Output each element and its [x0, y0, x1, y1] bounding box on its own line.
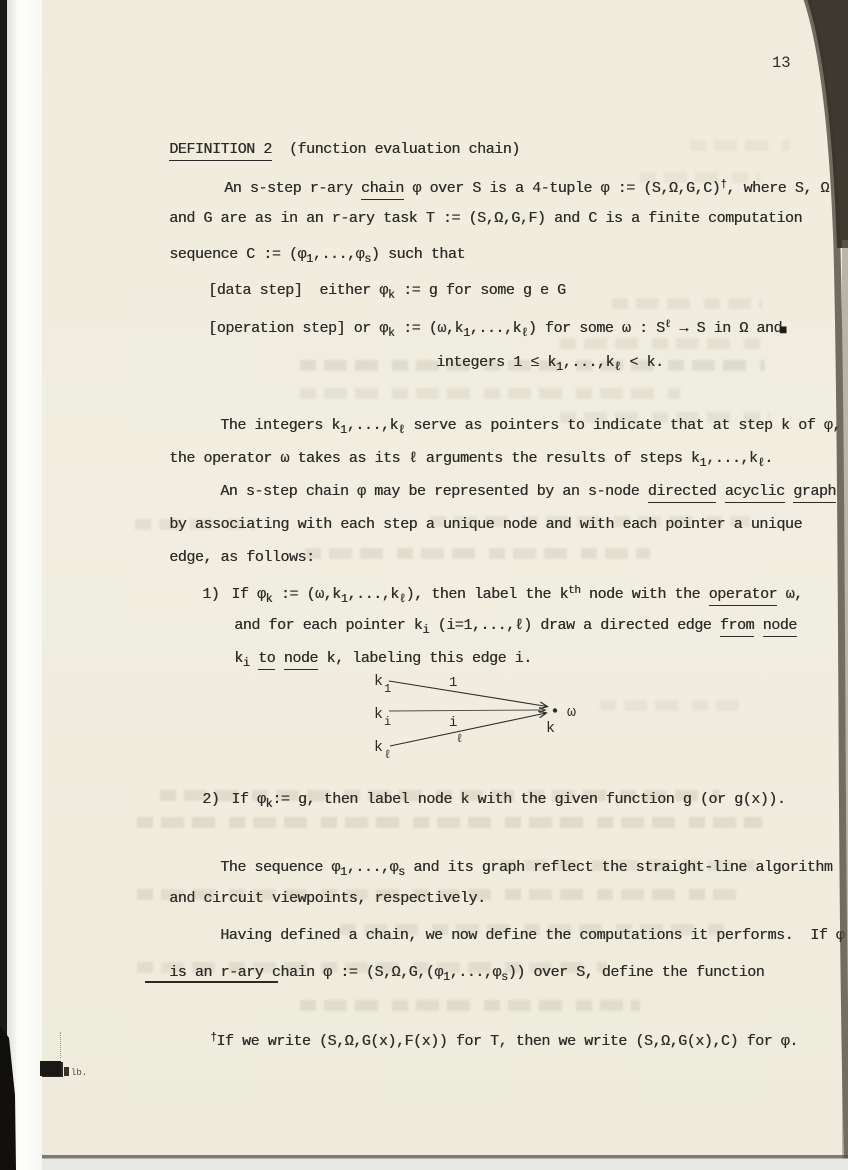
ink-blot: [40, 1061, 61, 1076]
footnote: †If we write (S,Ω,G(x),F(x)) for T, then…: [176, 1008, 798, 1072]
text-segment: to: [258, 650, 275, 670]
footnote-text: If we write (S,Ω,G(x),F(x)) for T, then …: [216, 1033, 798, 1050]
text-segment: is an r-ary chain φ := (S,Ω,G,(φ: [169, 964, 443, 981]
text-segment: integers 1 ≤ k: [436, 354, 556, 371]
edge-label-1: 1: [449, 675, 457, 691]
subscript: s: [501, 970, 508, 984]
edge-label-i: i: [449, 715, 457, 731]
node-sub-1: 1: [384, 682, 391, 696]
text-segment: node: [284, 650, 318, 670]
target-node-dot: [553, 708, 557, 712]
text-segment: node: [763, 617, 797, 637]
ink-blot-label: lb.: [71, 1068, 87, 1078]
subscript: 1: [556, 360, 563, 374]
text-segment: := g, then label node k with the given f…: [272, 791, 785, 808]
text-segment: < k.: [621, 354, 664, 371]
edge-label-l: ℓ: [456, 732, 463, 746]
text-segment: → S in Ω and: [671, 320, 782, 337]
text-segment: and circuit viewpoints, respectively.: [169, 890, 485, 907]
scanned-page: 13 DEFINITION 2 (function evaluation cha…: [0, 0, 848, 1170]
below-page-strip: [42, 1159, 848, 1170]
dag-diagram: k 1 k i k ℓ 1 i ℓ ω k: [358, 655, 608, 770]
list-item-2: 2)If φk:= g, then label node k with the …: [168, 770, 785, 834]
text-segment: from: [720, 617, 754, 637]
text-segment: If φ: [231, 791, 265, 808]
node-label-k1: k: [374, 673, 383, 690]
scan-artifact-dotted-line: [60, 1032, 61, 1058]
end-of-definition-marker: ■: [779, 323, 787, 339]
text-segment: ,...,φ: [450, 964, 501, 981]
ink-blot-fragment: [64, 1067, 69, 1076]
text-segment: k: [234, 650, 243, 667]
page-number: 13: [772, 54, 791, 72]
edge-bottom: [390, 713, 546, 746]
text-segment: [275, 650, 284, 667]
left-scan-border: [0, 0, 7, 1170]
subscript: ℓ: [614, 360, 621, 374]
target-node-label: k: [546, 720, 555, 737]
node-label-ki: k: [374, 706, 383, 723]
footnote-rule: [145, 981, 278, 983]
text-line-integers: integers 1 ≤ k1,...,kℓ < k.: [402, 333, 664, 397]
edge-top: [389, 681, 547, 707]
subscript: 1: [443, 970, 450, 984]
list-item-number: 2): [202, 791, 219, 808]
node-label-kl: k: [374, 739, 383, 756]
text-segment: [operation step] or φ: [208, 320, 388, 337]
subscript: i: [243, 656, 250, 670]
node-sub-i: i: [384, 715, 391, 729]
subscript: k: [388, 326, 395, 340]
text-line: is an r-ary chain φ := (S,Ω,G,(φ1,...,φs…: [135, 943, 764, 1007]
edge-middle: [389, 710, 545, 711]
text-segment: [754, 617, 763, 634]
text-segment: ,...,k: [563, 354, 614, 371]
operator-omega-label: ω: [567, 704, 576, 721]
node-sub-l: ℓ: [384, 748, 391, 762]
text-segment: [250, 650, 259, 667]
scanner-margin-strip: [7, 0, 42, 1170]
text-segment: Having defined a chain, we now define th…: [220, 927, 844, 944]
text-segment: )) over S, define the function: [508, 964, 765, 981]
